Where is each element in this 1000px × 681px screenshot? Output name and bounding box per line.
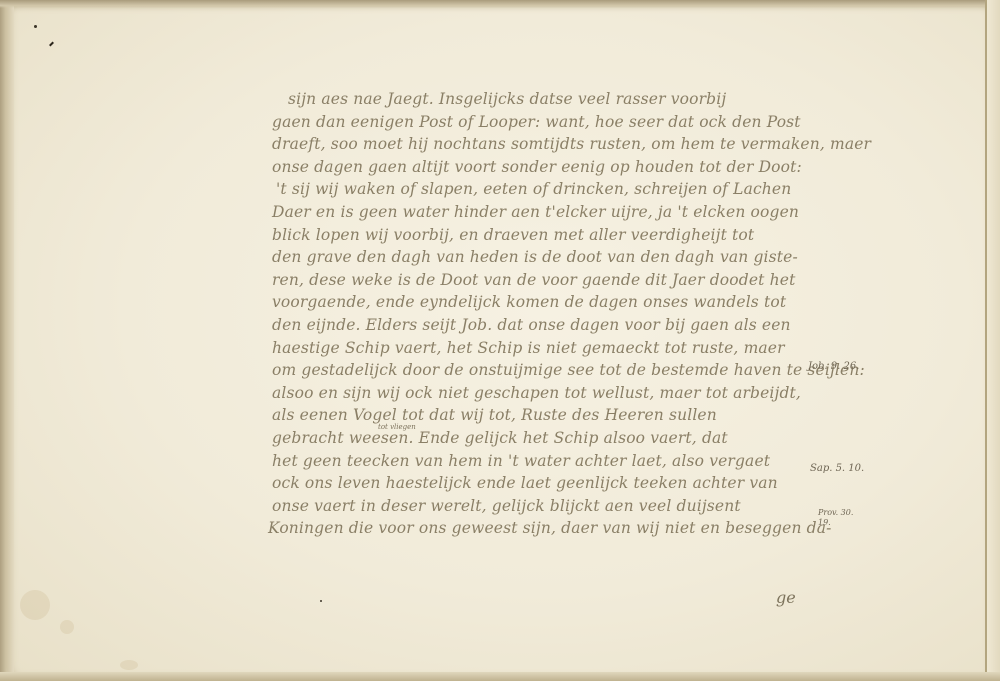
text-line: onse dagen gaen altijt voort sonder eeni… <box>268 156 808 179</box>
catchword: ge <box>776 588 796 607</box>
ink-speck <box>34 25 37 28</box>
margin-citation-job: Job. 9. 26. <box>808 361 859 372</box>
text-line: het geen teecken van hem in 't water ach… <box>268 450 808 473</box>
facing-page-strip <box>987 0 1000 681</box>
text-line: blick lopen wij voorbij, en draeven met … <box>268 224 808 247</box>
text-line: ock ons leven haestelijck ende laet geen… <box>268 472 808 495</box>
manuscript-text-block: sijn aes nae Jaegt. Insgelijcks datse ve… <box>268 88 808 540</box>
margin-citation-sap: Sap. 5. 10. <box>810 463 864 474</box>
text-line: draeft, soo moet hij nochtans somtijdts … <box>268 133 808 156</box>
text-line: om gestadelijck door de onstuijmige see … <box>268 359 808 382</box>
text-line: voorgaende, ende eyndelijck komen de dag… <box>268 291 808 314</box>
text-line: Daer en is geen water hinder aen t'elcke… <box>268 201 808 224</box>
text-line: onse vaert in deser werelt, gelijck blij… <box>268 495 808 518</box>
foxing-stain <box>20 590 50 620</box>
bottom-edge <box>0 672 1000 681</box>
text-line: als eenen Vogel tot dat wij tot, Ruste d… <box>268 404 808 427</box>
worn-left-edge <box>0 0 14 681</box>
text-line: 't sij wij waken of slapen, eeten of dri… <box>268 178 808 201</box>
ink-speck <box>320 600 322 602</box>
foxing-stain <box>60 620 74 634</box>
text-line: den grave den dagh van heden is de doot … <box>268 246 808 269</box>
text-line: haestige Schip vaert, het Schip is niet … <box>268 337 808 360</box>
text-line: gaen dan eenigen Post of Looper: want, h… <box>268 111 808 134</box>
interlinear-annotation: tot vliegen <box>378 423 416 431</box>
text-line: alsoo en sijn wij ock niet geschapen tot… <box>268 382 808 405</box>
margin-citation-prov: Prov. 30. <box>818 508 853 517</box>
binding-gutter-line <box>985 0 987 681</box>
foxing-stain <box>120 660 138 670</box>
text-line: Koningen die voor ons geweest sijn, daer… <box>268 517 808 540</box>
margin-citation-prov-verse: 19. <box>818 518 831 527</box>
text-line: sijn aes nae Jaegt. Insgelijcks datse ve… <box>268 88 808 111</box>
text-line: den eijnde. Elders seijt Job. dat onse d… <box>268 314 808 337</box>
text-line: ren, dese weke is de Doot van de voor ga… <box>268 269 808 292</box>
top-edge <box>0 0 1000 8</box>
scanned-page: sijn aes nae Jaegt. Insgelijcks datse ve… <box>0 0 1000 681</box>
text-line: gebracht weesen. Ende gelijck het Schip … <box>268 427 808 450</box>
